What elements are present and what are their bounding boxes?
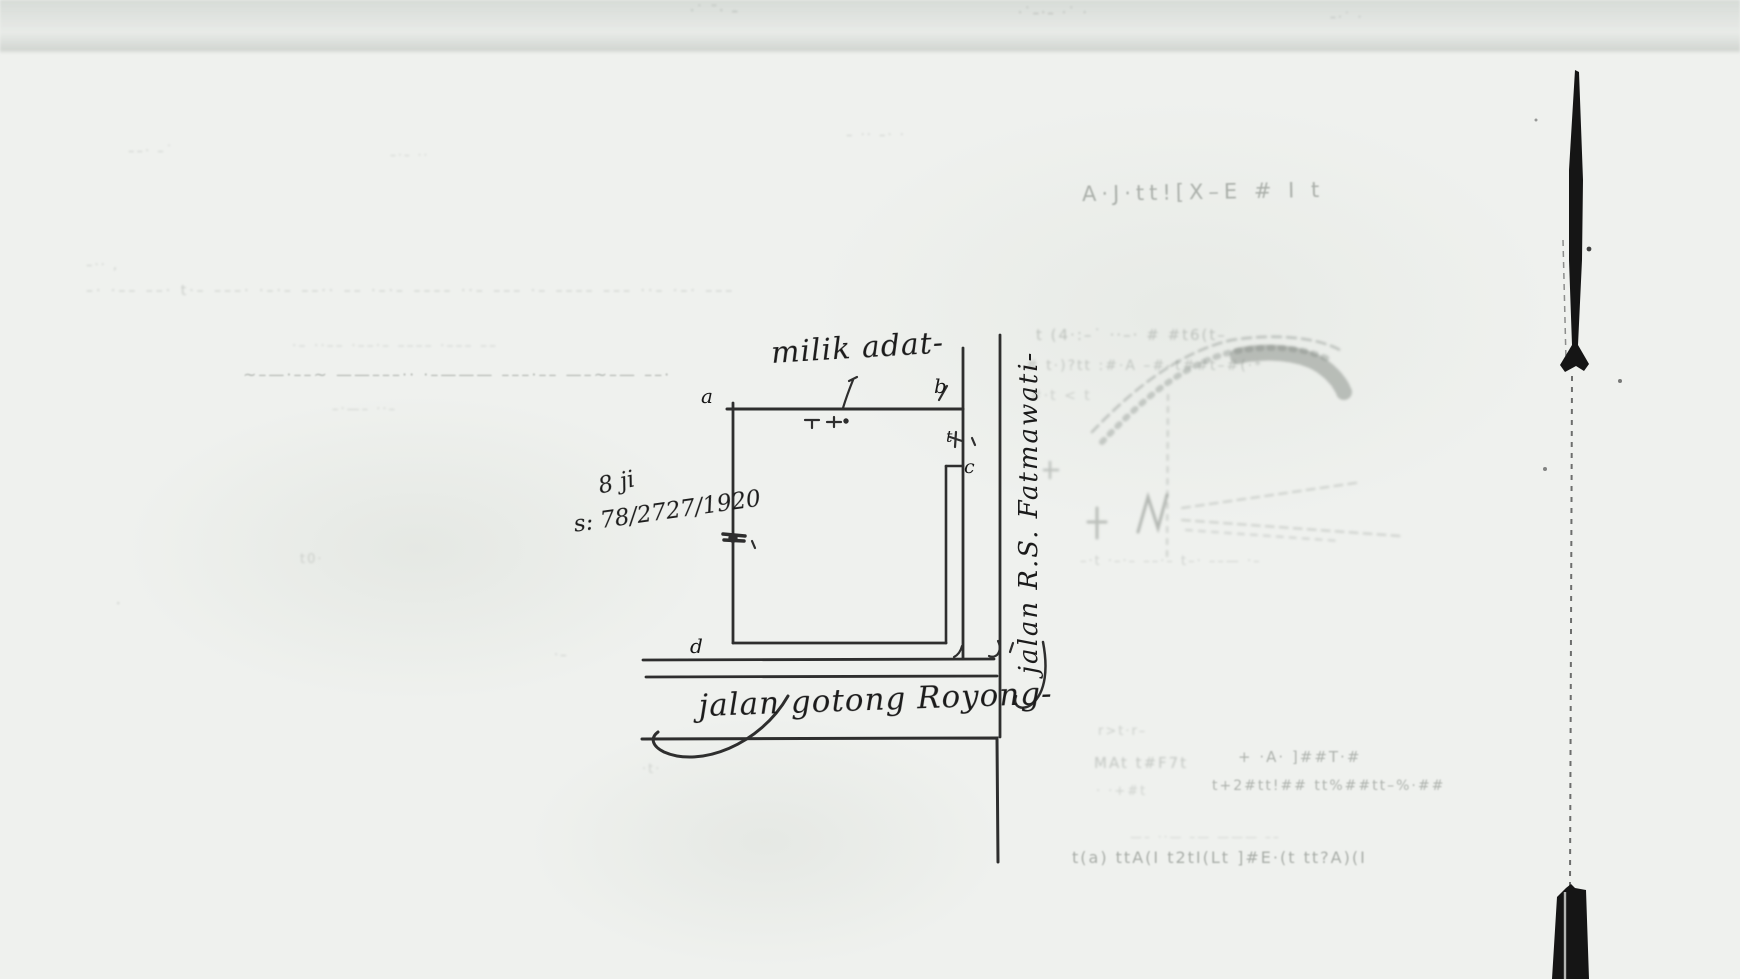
land-sketch-drawing	[0, 0, 1740, 979]
scanned-document-page: A·J·tt![X–E # I t ·˙ ¨· – ·˙–·– ·˙ · –·˙…	[0, 0, 1740, 979]
tick-mark-2	[827, 417, 841, 427]
adat-arrow-mark	[843, 380, 853, 408]
crease-dotted-middle	[1570, 376, 1572, 886]
junction-hook-2	[989, 641, 1000, 657]
tick-mark-1	[805, 420, 819, 428]
binding-crease	[1535, 70, 1623, 979]
parcel-outline	[727, 403, 963, 643]
corner-d: d	[690, 634, 703, 658]
corner-c: c	[964, 456, 975, 478]
corner-b: b	[934, 374, 947, 398]
junction-hook-1	[954, 646, 962, 657]
label-jalan-rs-fatmawati: jalan R.S. Fatmawati-	[1014, 351, 1044, 674]
crease-spike-top	[1560, 70, 1589, 372]
corner-a: a	[701, 384, 713, 408]
survey-marks	[723, 377, 1013, 657]
corner-t-mark: t	[946, 427, 952, 446]
crease-wedge-bottom	[1552, 884, 1589, 979]
crease-companion-line	[1563, 240, 1566, 360]
